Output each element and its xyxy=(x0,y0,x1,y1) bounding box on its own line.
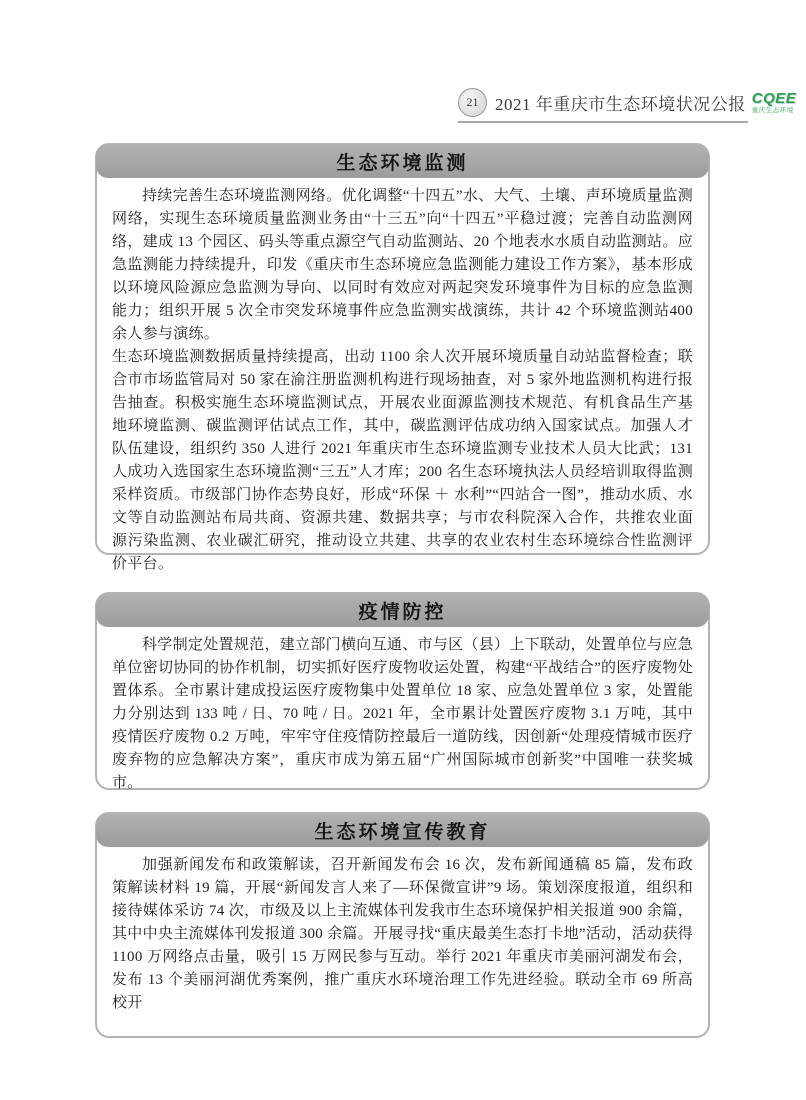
logo-wordmark: CQEE xyxy=(752,91,797,106)
page-header: 21 2021 年重庆市生态环境状况公报 CQEE 重庆生态环境 xyxy=(458,88,748,123)
page-number-badge: 21 xyxy=(458,88,487,117)
logo-subtitle: 重庆生态环境 xyxy=(752,108,797,115)
section-title: 生态环境监测 xyxy=(336,148,468,175)
document-page: 21 2021 年重庆市生态环境状况公报 CQEE 重庆生态环境 生态环境监测 … xyxy=(0,0,806,1100)
section-monitoring: 生态环境监测 持续完善生态环境监测网络。优化调整“十四五”水、大气、土壤、声环境… xyxy=(95,143,710,555)
section-title-bar: 生态环境监测 xyxy=(96,144,709,178)
section-publicity-education: 生态环境宣传教育 加强新闻发布和政策解读，召开新闻发布会 16 次，发布新闻通稿… xyxy=(95,812,710,1038)
agency-logo: CQEE 重庆生态环境 xyxy=(752,91,797,115)
paragraph: 加强新闻发布和政策解读，召开新闻发布会 16 次，发布新闻通稿 85 篇，发布政… xyxy=(112,854,693,1015)
section-body: 科学制定处置规范，建立部门横向互通、市与区（县）上下联动，处置单位与应急单位密切… xyxy=(97,626,708,795)
section-title-bar: 疫情防控 xyxy=(96,593,709,627)
section-epidemic-control: 疫情防控 科学制定处置规范，建立部门横向互通、市与区（县）上下联动，处置单位与应… xyxy=(95,592,710,790)
document-title: 2021 年重庆市生态环境状况公报 xyxy=(495,90,746,115)
section-body: 持续完善生态环境监测网络。优化调整“十四五”水、大气、土壤、声环境质量监测网络，… xyxy=(97,177,708,576)
section-body: 加强新闻发布和政策解读，召开新闻发布会 16 次，发布新闻通稿 85 篇，发布政… xyxy=(97,846,708,1015)
paragraph: 生态环境监测数据质量持续提高，出动 1100 余人次开展环境质量自动站监督检查；… xyxy=(112,346,693,576)
page-number: 21 xyxy=(467,95,479,110)
section-title-bar: 生态环境宣传教育 xyxy=(96,813,709,847)
section-title: 生态环境宣传教育 xyxy=(314,817,490,844)
paragraph: 持续完善生态环境监测网络。优化调整“十四五”水、大气、土壤、声环境质量监测网络，… xyxy=(112,185,693,346)
paragraph: 科学制定处置规范，建立部门横向互通、市与区（县）上下联动，处置单位与应急单位密切… xyxy=(112,634,693,795)
section-title: 疫情防控 xyxy=(358,597,446,624)
